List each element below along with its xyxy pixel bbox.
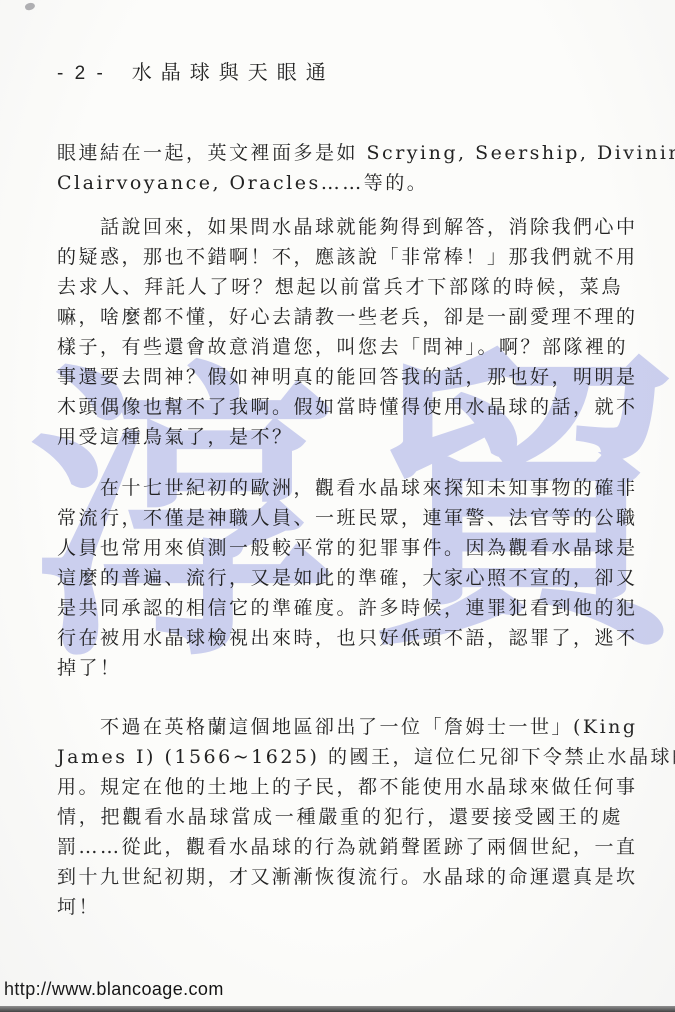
text-line: 話說回來，如果問水晶球就能夠得到解答，消除我們心中 [57,212,623,242]
paragraph: 在十七世紀初的歐洲，觀看水晶球來探知未知事物的確非常流行，不僅是神職人員、一班民… [57,473,623,683]
text-line: 罰……從此，觀看水晶球的行為就銷聲匿跡了兩個世紀，一直 [57,832,623,862]
text-line: 在十七世紀初的歐洲，觀看水晶球來探知未知事物的確非 [57,473,623,503]
text-line: 是共同承認的相信它的準確度。許多時候，連罪犯看到他的犯 [57,593,623,623]
text-line: 行在被用水晶球檢視出來時，也只好低頭不語，認罪了，逃不 [57,623,623,653]
text-line: 樣子，有些還會故意消遣您，叫您去「問神」。啊？部隊裡的 [57,332,623,362]
scan-edge-strip [0,1006,675,1012]
page-number: - 2 - [57,63,106,85]
scanned-book-page: 淳 貿 - 2 - 水晶球與天眼通 眼連結在一起，英文裡面多是如 Scrying… [0,0,675,1012]
text-line: 的疑惑，那也不錯啊！不，應該說「非常棒！」那我們就不用 [57,242,623,272]
text-line: 用。規定在他的土地上的子民，都不能使用水晶球來做任何事 [57,772,623,802]
scan-artifact [24,2,36,12]
text-line: 到十九世紀初期，才又漸漸恢復流行。水晶球的命運還真是坎 [57,862,623,892]
paragraph: 話說回來，如果問水晶球就能夠得到解答，消除我們心中的疑惑，那也不錯啊！不，應該說… [57,212,623,452]
text-line: 去求人、拜託人了呀？想起以前當兵才下部隊的時候，菜鳥 [57,272,623,302]
book-title: 水晶球與天眼通 [132,56,335,85]
paragraph: 不過在英格蘭這個地區卻出了一位「詹姆士一世」(KingJames I) (156… [57,712,623,922]
text-line: 用受這種鳥氣了，是不？ [57,422,623,452]
text-line: 眼連結在一起，英文裡面多是如 Scrying, Seership, Divini… [57,138,623,168]
page-header: - 2 - 水晶球與天眼通 [57,56,335,85]
text-line: 人員也常用來偵測一般較平常的犯罪事件。因為觀看水晶球是 [57,533,623,563]
paragraph: 眼連結在一起，英文裡面多是如 Scrying, Seership, Divini… [57,138,623,198]
text-line: 這麼的普遍、流行，又是如此的準確，大家心照不宣的，卻又 [57,563,623,593]
text-line: 不過在英格蘭這個地區卻出了一位「詹姆士一世」(King [57,712,623,742]
text-line: 情，把觀看水晶球當成一種嚴重的犯行，還要接受國王的處 [57,802,623,832]
text-line: Clairvoyance, Oracles……等的。 [57,168,623,198]
text-line: 事還要去問神？假如神明真的能回答我的話，那也好，明明是 [57,362,623,392]
text-line: 掉了！ [57,653,623,683]
text-line: 常流行，不僅是神職人員、一班民眾，連軍警、法官等的公職 [57,503,623,533]
scanner-source-url: http://www.blancoage.com [4,979,224,1000]
text-line: 坷！ [57,892,623,922]
text-line: 木頭偶像也幫不了我啊。假如當時懂得使用水晶球的話，就不 [57,392,623,422]
text-line: 嘛，啥麼都不懂，好心去請教一些老兵，卻是一副愛理不理的 [57,302,623,332]
text-line: James I) (1566~1625) 的國王，這位仁兄卻下令禁止水晶球的使 [57,742,623,772]
